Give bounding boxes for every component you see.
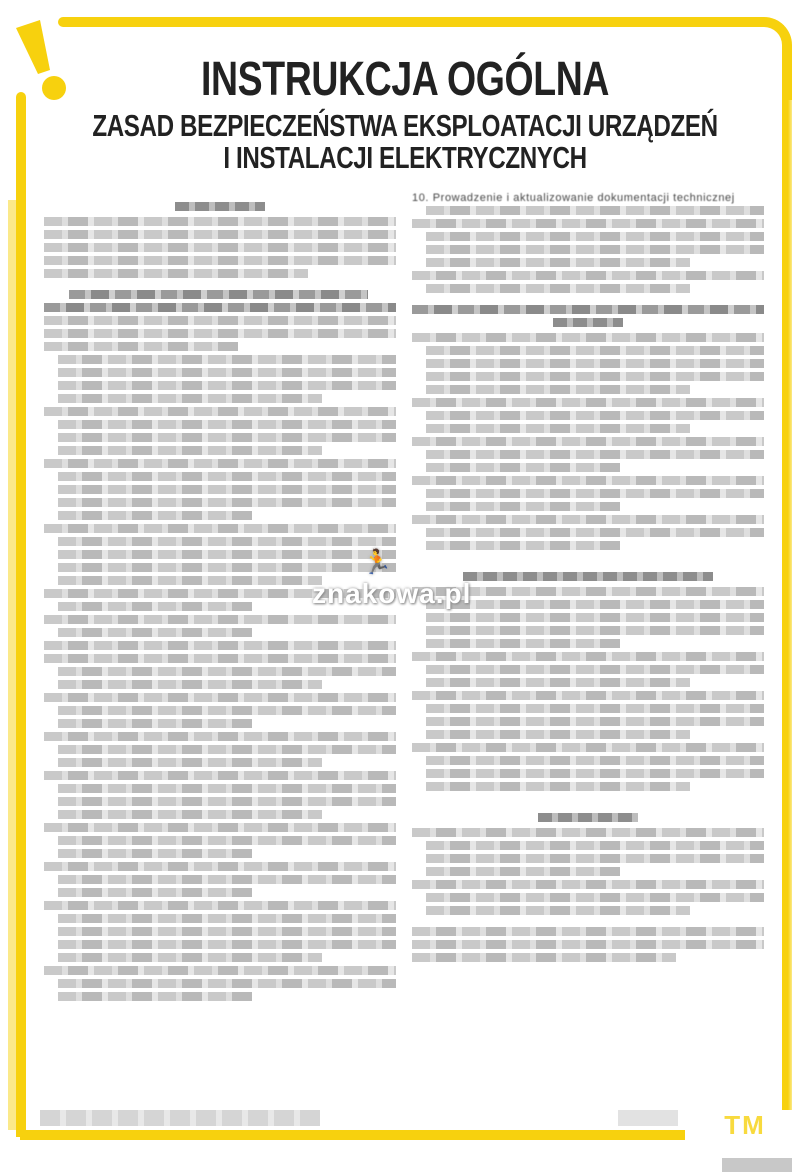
section-heading <box>44 303 396 312</box>
text-line <box>426 756 764 765</box>
text-line <box>412 515 764 524</box>
text-line <box>44 230 396 239</box>
text-line <box>426 528 764 537</box>
text-line <box>58 446 322 455</box>
text-line <box>412 652 764 661</box>
text-line <box>412 219 764 228</box>
text-line <box>426 232 764 241</box>
text-line <box>44 269 308 278</box>
text-line <box>58 953 322 962</box>
section-heading <box>69 290 368 299</box>
text-line <box>58 706 396 715</box>
text-line <box>426 463 620 472</box>
text-line <box>412 743 764 752</box>
text-line <box>412 880 764 889</box>
text-line <box>44 615 396 624</box>
text-line <box>426 782 690 791</box>
text-line <box>58 602 252 611</box>
text-line <box>58 836 396 845</box>
text-line <box>426 245 764 254</box>
text-line <box>58 511 252 520</box>
text-line <box>426 893 764 902</box>
text-line <box>58 784 396 793</box>
text-line <box>426 769 764 778</box>
text-line <box>426 385 690 394</box>
text-line <box>426 206 764 215</box>
text-line <box>426 284 690 293</box>
text-line <box>58 797 396 806</box>
text-line <box>412 271 764 280</box>
text-line <box>426 867 620 876</box>
text-line <box>412 333 764 342</box>
text-line <box>58 875 396 884</box>
text-line <box>44 641 396 650</box>
section-heading <box>553 318 623 327</box>
frame-top <box>58 17 753 27</box>
text-line <box>44 901 396 910</box>
footer-text <box>40 1110 320 1126</box>
text-line <box>412 927 764 936</box>
section-heading <box>463 572 713 581</box>
text-line <box>44 966 396 975</box>
text-line <box>44 329 396 338</box>
sign-subtitle-line1: ZASAD BEZPIECZEŃSTWA EKSPLOATACJI URZĄDZ… <box>89 108 721 144</box>
text-line <box>412 940 764 949</box>
text-line <box>58 381 396 390</box>
text-line <box>58 992 252 1001</box>
text-line <box>58 979 396 988</box>
frame-left <box>16 92 26 1137</box>
text-line <box>44 316 396 325</box>
text-line <box>58 888 252 897</box>
footer-logo: TM <box>702 1110 788 1140</box>
text-line <box>426 450 764 459</box>
text-line <box>58 849 252 858</box>
text-line <box>58 667 396 676</box>
text-line <box>58 550 396 559</box>
text-line <box>44 524 396 533</box>
text-line <box>426 346 764 355</box>
text-line <box>412 953 676 962</box>
product-code-badge <box>722 1158 792 1172</box>
text-line <box>58 433 396 442</box>
frame-right <box>782 100 792 1110</box>
text-line <box>44 243 396 252</box>
text-line <box>412 437 764 446</box>
text-line <box>426 372 764 381</box>
text-line <box>44 862 396 871</box>
running-person-icon: 🏃 <box>362 548 392 577</box>
text-line <box>44 693 396 702</box>
text-line <box>426 541 620 550</box>
text-line <box>44 256 396 265</box>
text-line <box>58 914 396 923</box>
text-line <box>426 424 690 433</box>
text-line <box>412 476 764 485</box>
text-line <box>44 732 396 741</box>
text-line <box>426 613 764 622</box>
text-line <box>58 420 396 429</box>
text-line <box>426 639 620 648</box>
text-line <box>412 828 764 837</box>
text-line <box>426 730 690 739</box>
text-line: 10. Prowadzenie i aktualizowanie dokumen… <box>412 192 764 206</box>
text-line <box>426 258 690 267</box>
text-line <box>426 665 764 674</box>
text-line <box>426 841 764 850</box>
text-line <box>58 758 322 767</box>
text-line <box>44 407 396 416</box>
section-heading <box>412 305 764 314</box>
text-line <box>58 472 396 481</box>
text-line <box>426 854 764 863</box>
text-line <box>44 823 396 832</box>
text-line <box>58 940 396 949</box>
text-line <box>426 502 620 511</box>
text-line <box>426 489 764 498</box>
text-line <box>58 368 396 377</box>
section-heading <box>175 202 265 211</box>
text-line <box>44 342 238 351</box>
text-line <box>412 691 764 700</box>
text-line <box>44 771 396 780</box>
text-line <box>58 927 396 936</box>
watermark: znakowa.pl <box>312 578 471 610</box>
text-line <box>426 678 690 687</box>
text-line <box>58 485 396 494</box>
text-line <box>44 654 396 663</box>
text-line <box>58 719 252 728</box>
sign-subtitle-line2: I INSTALACJI ELEKTRYCZNYCH <box>89 140 721 176</box>
text-line <box>58 680 322 689</box>
text-line <box>426 626 764 635</box>
text-line <box>44 459 396 468</box>
text-line <box>58 498 396 507</box>
text-line <box>58 576 322 585</box>
text-line <box>412 398 764 407</box>
text-line <box>426 411 764 420</box>
text-line <box>58 745 396 754</box>
text-line <box>426 906 690 915</box>
footer-code <box>618 1110 678 1126</box>
text-line <box>58 394 322 403</box>
text-line <box>58 355 396 364</box>
frame-bottom <box>20 1130 685 1140</box>
text-line <box>58 563 396 572</box>
section-heading <box>538 813 638 822</box>
text-line <box>44 217 396 226</box>
text-line <box>58 810 322 819</box>
text-line <box>426 717 764 726</box>
text-line <box>426 359 764 368</box>
text-line <box>426 600 764 609</box>
text-line <box>58 537 396 546</box>
text-line <box>426 704 764 713</box>
text-line <box>58 628 252 637</box>
sign-title: INSTRUKCJA OGÓLNA <box>89 52 721 107</box>
